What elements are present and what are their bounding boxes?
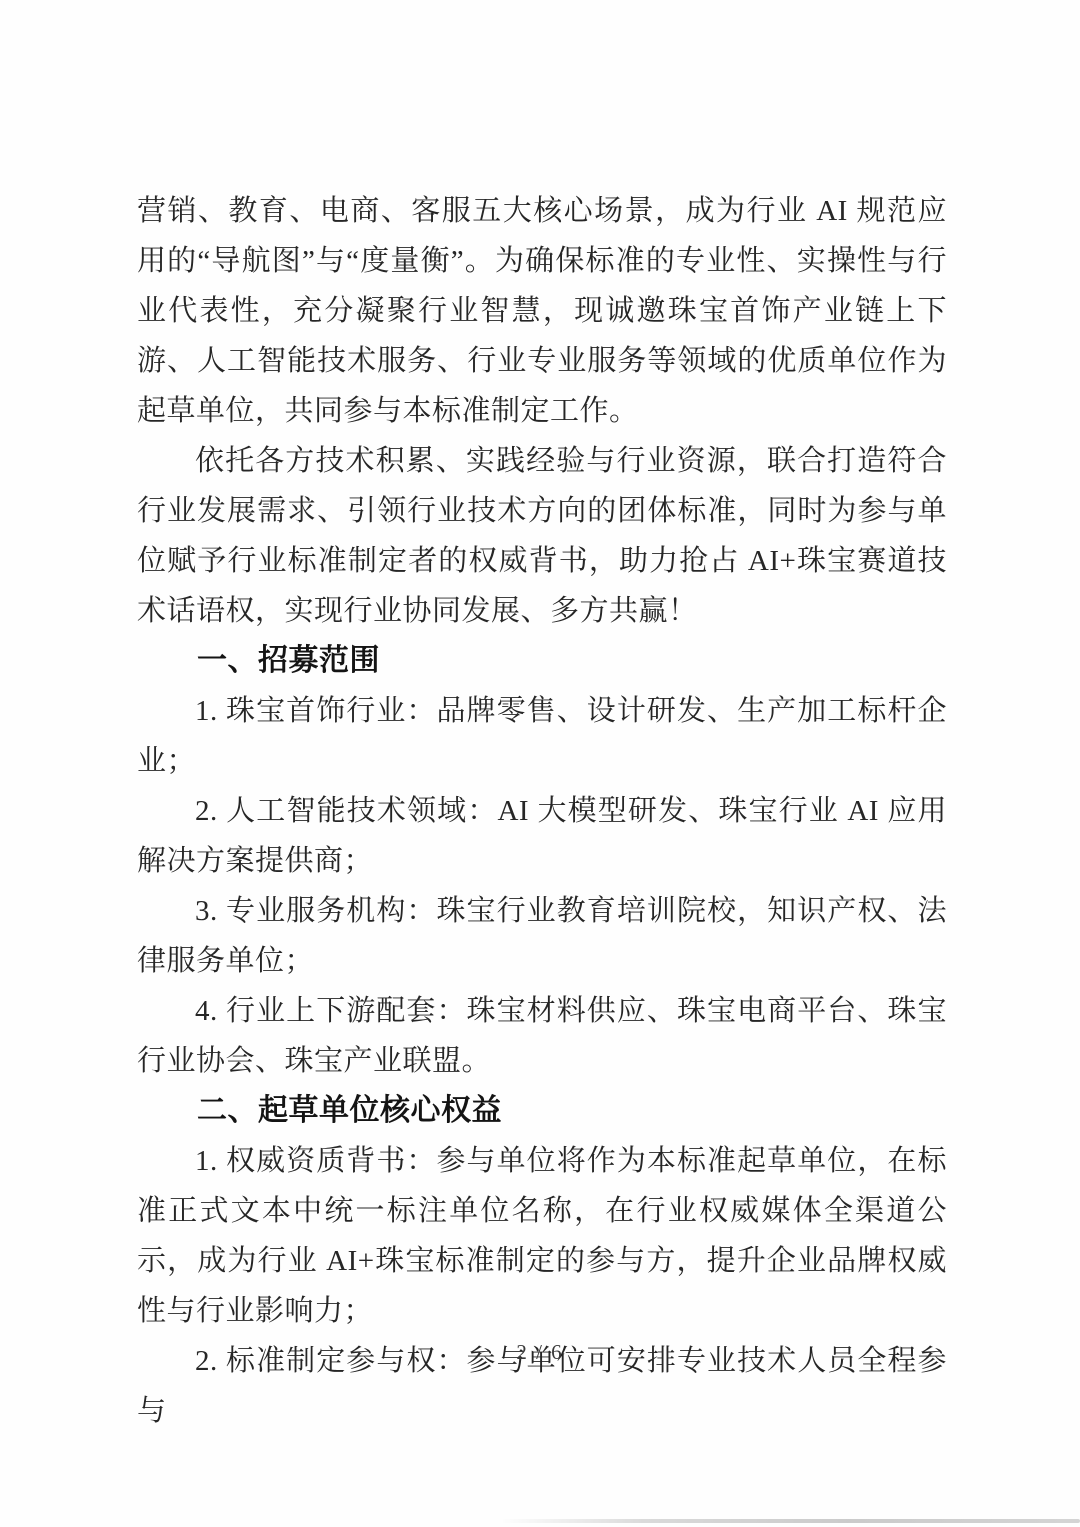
section-heading-core-benefits: 二、起草单位核心权益 (137, 1086, 947, 1136)
list-item-authority-endorsement: 1. 权威资质背书：参与单位将作为本标准起草单位，在标准正式文本中统一标注单位名… (137, 1136, 947, 1336)
document-page: 营销、教育、电商、客服五大核心场景，成为行业 AI 规范应用的“导航图”与“度量… (0, 0, 1080, 1527)
list-item-professional-services: 3. 专业服务机构：珠宝行业教育培训院校，知识产权、法律服务单位； (137, 886, 947, 986)
list-item-jewelry-industry: 1. 珠宝首饰行业：品牌零售、设计研发、生产加工标杆企业； (137, 686, 947, 786)
scan-artifact-line (500, 1519, 1080, 1523)
page-footer: 2 / 6 (0, 1340, 1080, 1365)
section-heading-recruitment-scope: 一、招募范围 (137, 636, 947, 686)
paragraph-standard-value: 依托各方技术积累、实践经验与行业资源，联合打造符合行业发展需求、引领行业技术方向… (137, 436, 947, 636)
paragraph-scenes-continuation: 营销、教育、电商、客服五大核心场景，成为行业 AI 规范应用的“导航图”与“度量… (137, 186, 947, 436)
list-item-ai-technology: 2. 人工智能技术领域：AI 大模型研发、珠宝行业 AI 应用解决方案提供商； (137, 786, 947, 886)
list-item-industry-chain: 4. 行业上下游配套：珠宝材料供应、珠宝电商平台、珠宝行业协会、珠宝产业联盟。 (137, 986, 947, 1086)
page-number: 2 / 6 (516, 1340, 563, 1364)
document-body: 营销、教育、电商、客服五大核心场景，成为行业 AI 规范应用的“导航图”与“度量… (137, 186, 947, 1436)
